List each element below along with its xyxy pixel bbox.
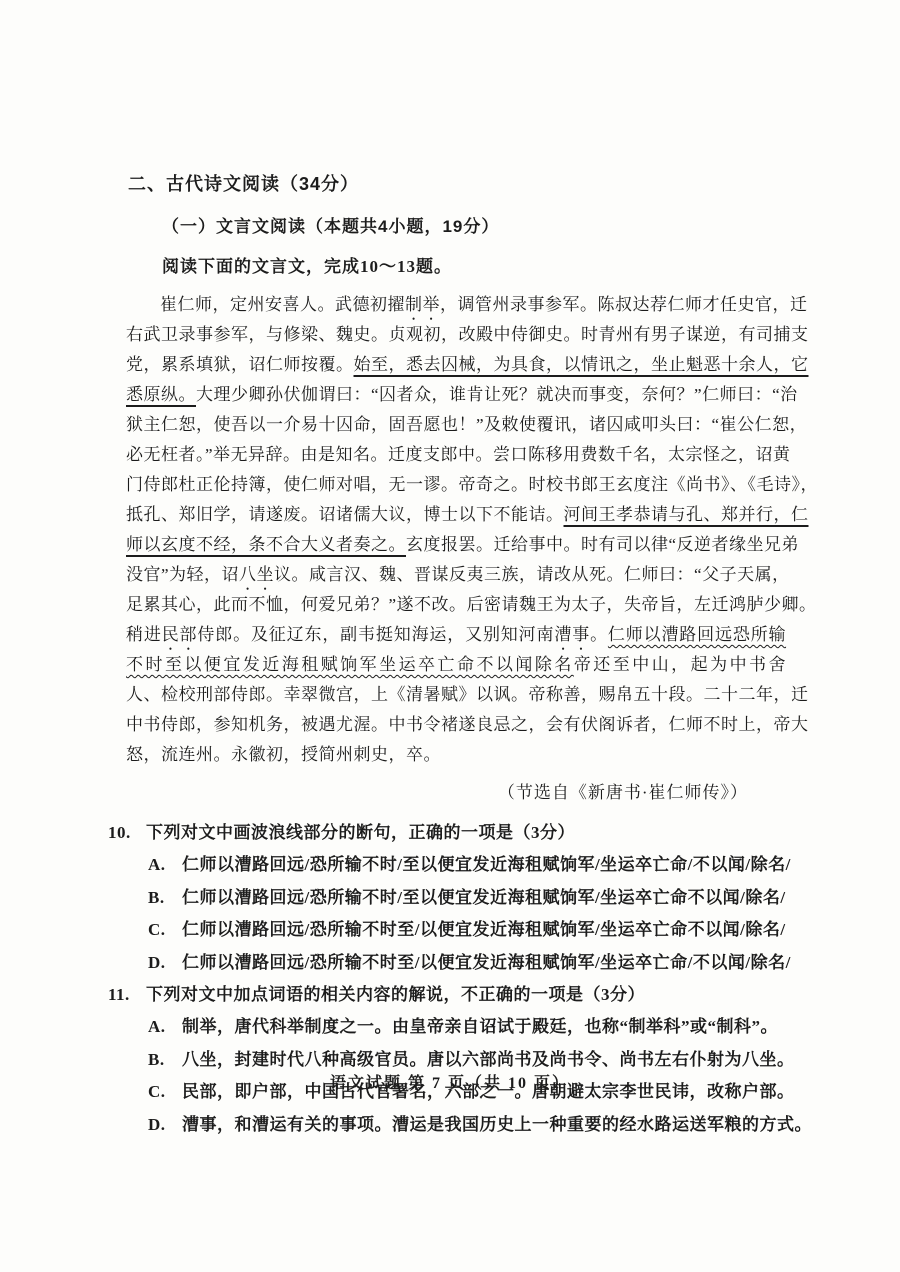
passage-line: 抵孔、郑旧学，请遂废。诏诸儒大议，博士以下不能诘。河间王孝恭请与孔、郑并行，仁: [126, 500, 786, 530]
passage-text: 抵孔、郑旧学，请遂废。诏诸儒大议，博士以下不能诘。: [126, 505, 564, 524]
option-row: A.仁师以漕路回远/恐所输不时/至以便宜发近海租赋饷军/坐运卒亡命/不以闻/除名…: [148, 849, 786, 882]
dotted-term: 漕事: [554, 625, 590, 644]
wavy-underlined-text: 不时至以便宜发近海租赋饷军坐运卒亡命不以闻除名: [126, 655, 574, 674]
passage-line: 不时至以便宜发近海租赋饷军坐运卒亡命不以闻除名帝还至中山，起为中书舍: [126, 650, 786, 680]
passage-line: 必无枉者。”举无异辞。由是知名。迁度支郎中。尝口陈移用费数千名，太宗怪之，诏黄: [126, 440, 786, 470]
passage-text: 侍郎。及征辽东，副韦挺知海运，又别知河南: [197, 625, 554, 644]
underlined-text: 始至，悉去囚械，为具食，以情讯之，坐止魁恶十余人，它: [354, 355, 809, 374]
question-options: A.仁师以漕路回远/恐所输不时/至以便宜发近海租赋饷军/坐运卒亡命/不以闻/除名…: [126, 849, 786, 979]
question-stem-text: 下列对文中画波浪线部分的断句，正确的一项是（3分）: [146, 817, 575, 849]
option-row: B.仁师以漕路回远/恐所输不时/至以便宜发近海租赋饷军/坐运卒亡命不以闻/除名/: [148, 882, 786, 915]
question-block: 11.下列对文中加点词语的相关内容的解说，不正确的一项是（3分）A.制举，唐代科…: [126, 979, 786, 1141]
classical-passage: 崔仁师，定州安喜人。武德初擢制举，调管州录事参军。陈叔达荐仁师才任史官，迁右武卫…: [126, 290, 786, 770]
subsection-title: （一）文言文阅读（本题共4小题，19分）: [162, 212, 786, 237]
underlined-text: 河间王孝恭请与孔、郑并行，仁: [564, 505, 809, 524]
option-text: 制举，唐代科举制度之一。由皇帝亲自诏试于殿廷，也称“制举科”或“制科”。: [182, 1011, 778, 1044]
passage-instruction: 阅读下面的文言文，完成10～13题。: [162, 252, 786, 277]
underlined-text: 师以玄度不经，条不合大义者奏之。: [126, 535, 406, 554]
page-footer: 语文试题 第 7 页（共 10 页）: [0, 1070, 900, 1093]
option-text: 仁师以漕路回远/恐所输不时至/以便宜发近海租赋饷军/坐运卒亡命不以闻/除名/: [182, 914, 786, 947]
option-text: 仁师以漕路回远/恐所输不时/至以便宜发近海租赋饷军/坐运卒亡命不以闻/除名/: [182, 882, 786, 915]
passage-text: ，调管州录事参军。陈叔达荐仁师才任史官，迁: [440, 295, 808, 314]
passage-source: （节选自《新唐书·崔仁师传》）: [126, 778, 786, 803]
passage-line: 足累其心，此而不恤，何爱兄弟？”遂不改。后密请魏王为太子，失帝旨，左迁鸿胪少卿。: [126, 590, 786, 620]
passage-text: 没官”为轻，诏: [126, 565, 239, 584]
passage-text: 帝还至中山，起为中书舍: [574, 655, 786, 674]
passage-line: 门侍郎杜正伦持簿，使仁师对唱，无一谬。帝奇之。时校书郎王玄度注《尚书》、《毛诗》…: [126, 470, 786, 500]
option-row: A.制举，唐代科举制度之一。由皇帝亲自诏试于殿廷，也称“制举科”或“制科”。: [148, 1011, 786, 1044]
wavy-underlined-text: 仁师以漕路回远恐所输: [608, 625, 786, 644]
passage-text: 玄度报罢。迁给事中。时有司以律“反逆者缘坐兄弟: [406, 535, 799, 554]
passage-line: 没官”为轻，诏八坐议。咸言汉、魏、晋谋反夷三族，请改从死。仁师曰：“父子天属，: [126, 560, 786, 590]
passage-line: 怒，流连州。永徽初，授简州刺史，卒。: [126, 740, 786, 770]
underlined-text: 悉原纵。: [126, 385, 196, 404]
question-stem: 10.下列对文中画波浪线部分的断句，正确的一项是（3分）: [108, 817, 786, 849]
passage-line: 稍进民部侍郎。及征辽东，副韦挺知海运，又别知河南漕事。仁师以漕路回远恐所输: [126, 620, 786, 650]
passage-line: 右武卫录事参军，与修梁、魏史。贞观初，改殿中侍御史。时青州有男子谋逆，有司捕支: [126, 320, 786, 350]
question-number: 10.: [108, 817, 146, 849]
passage-text: 右武卫录事参军，与修梁、魏史。贞观初，改殿中侍御史。时青州有男子谋逆，有司捕支: [126, 325, 809, 344]
passage-line: 狱主仁恕，使吾以一介易十囚命，固吾愿也！”及敕使覆讯，诸囚咸叩头曰：“崔公仁恕，: [126, 410, 786, 440]
option-row: D.仁师以漕路回远/恐所输不时至/以便宜发近海租赋饷军/坐运卒亡命/不以闻/除名…: [148, 947, 786, 980]
option-label: A.: [148, 1011, 182, 1044]
option-row: C.仁师以漕路回远/恐所输不时至/以便宜发近海租赋饷军/坐运卒亡命不以闻/除名/: [148, 914, 786, 947]
option-text: 仁师以漕路回远/恐所输不时/至以便宜发近海租赋饷军/坐运卒亡命/不以闻/除名/: [182, 849, 791, 882]
page-content: 二、古代诗文阅读（34分） （一）文言文阅读（本题共4小题，19分） 阅读下面的…: [126, 170, 786, 1141]
passage-text: 崔仁师，定州安喜人。武德初擢: [160, 295, 405, 314]
passage-text: 稍进: [126, 625, 162, 644]
dotted-term: 制举: [405, 295, 440, 314]
option-label: B.: [148, 882, 182, 915]
passage-line: 中书侍郎，参知机务，被遇尤渥。中书令褚遂良忌之，会有伏阁诉者，仁师不时上，帝大: [126, 710, 786, 740]
passage-line: 悉原纵。大理少卿孙伏伽谓曰：“囚者众，谁肯让死？就决而事变，奈何？”仁师曰：“治: [126, 380, 786, 410]
option-label: D.: [148, 947, 182, 980]
option-label: A.: [148, 849, 182, 882]
option-text: 漕事，和漕运有关的事项。漕运是我国历史上一种重要的经水路运送军粮的方式。: [182, 1109, 812, 1142]
passage-line: 人、检校刑部侍郎。幸翠微宫，上《清暑赋》以讽。帝称善，赐帛五十段。二十二年，迁: [126, 680, 786, 710]
passage-text: 中书侍郎，参知机务，被遇尤渥。中书令褚遂良忌之，会有伏阁诉者，仁师不时上，帝大: [126, 715, 809, 734]
question-stem: 11.下列对文中加点词语的相关内容的解说，不正确的一项是（3分）: [108, 979, 786, 1011]
passage-line: 师以玄度不经，条不合大义者奏之。玄度报罢。迁给事中。时有司以律“反逆者缘坐兄弟: [126, 530, 786, 560]
option-label: C.: [148, 914, 182, 947]
exam-page: 二、古代诗文阅读（34分） （一）文言文阅读（本题共4小题，19分） 阅读下面的…: [0, 0, 900, 1272]
passage-text: 门侍郎杜正伦持簿，使仁师对唱，无一谬。帝奇之。时校书郎王玄度注《尚书》、《毛诗》…: [126, 475, 818, 494]
option-text: 仁师以漕路回远/恐所输不时至/以便宜发近海租赋饷军/坐运卒亡命/不以闻/除名/: [182, 947, 791, 980]
passage-text: 党，累系填狱，诏仁师按覆。: [126, 355, 354, 374]
passage-line: 党，累系填狱，诏仁师按覆。始至，悉去囚械，为具食，以情讯之，坐止魁恶十余人，它: [126, 350, 786, 380]
passage-text: 人、检校刑部侍郎。幸翠微宫，上《清暑赋》以讽。帝称善，赐帛五十段。二十二年，迁: [126, 685, 809, 704]
passage-text: 怒，流连州。永徽初，授简州刺史，卒。: [126, 745, 441, 764]
dotted-term: 八坐: [239, 565, 274, 584]
passage-text: 大理少卿孙伏伽谓曰：“囚者众，谁肯让死？就决而事变，奈何？”仁师曰：“治: [196, 385, 798, 404]
dotted-term: 民部: [162, 625, 198, 644]
passage-line: 崔仁师，定州安喜人。武德初擢制举，调管州录事参军。陈叔达荐仁师才任史官，迁: [126, 290, 786, 320]
question-block: 10.下列对文中画波浪线部分的断句，正确的一项是（3分）A.仁师以漕路回远/恐所…: [126, 817, 786, 979]
question-stem-text: 下列对文中加点词语的相关内容的解说，不正确的一项是（3分）: [146, 979, 645, 1011]
passage-text: 狱主仁恕，使吾以一介易十囚命，固吾愿也！”及敕使覆讯，诸囚咸叩头曰：“崔公仁恕，: [126, 415, 807, 434]
passage-text: 。: [590, 625, 608, 644]
option-label: D.: [148, 1109, 182, 1142]
section-title: 二、古代诗文阅读（34分）: [128, 170, 786, 196]
option-row: D.漕事，和漕运有关的事项。漕运是我国历史上一种重要的经水路运送军粮的方式。: [148, 1109, 786, 1142]
passage-text: 足累其心，此而不恤，何爱兄弟？”遂不改。后密请魏王为太子，失帝旨，左迁鸿胪少卿。: [126, 595, 817, 614]
question-number: 11.: [108, 979, 146, 1011]
passage-text: 必无枉者。”举无异辞。由是知名。迁度支郎中。尝口陈移用费数千名，太宗怪之，诏黄: [126, 445, 791, 464]
passage-text: 议。咸言汉、魏、晋谋反夷三族，请改从死。仁师曰：“父子天属，: [274, 565, 790, 584]
